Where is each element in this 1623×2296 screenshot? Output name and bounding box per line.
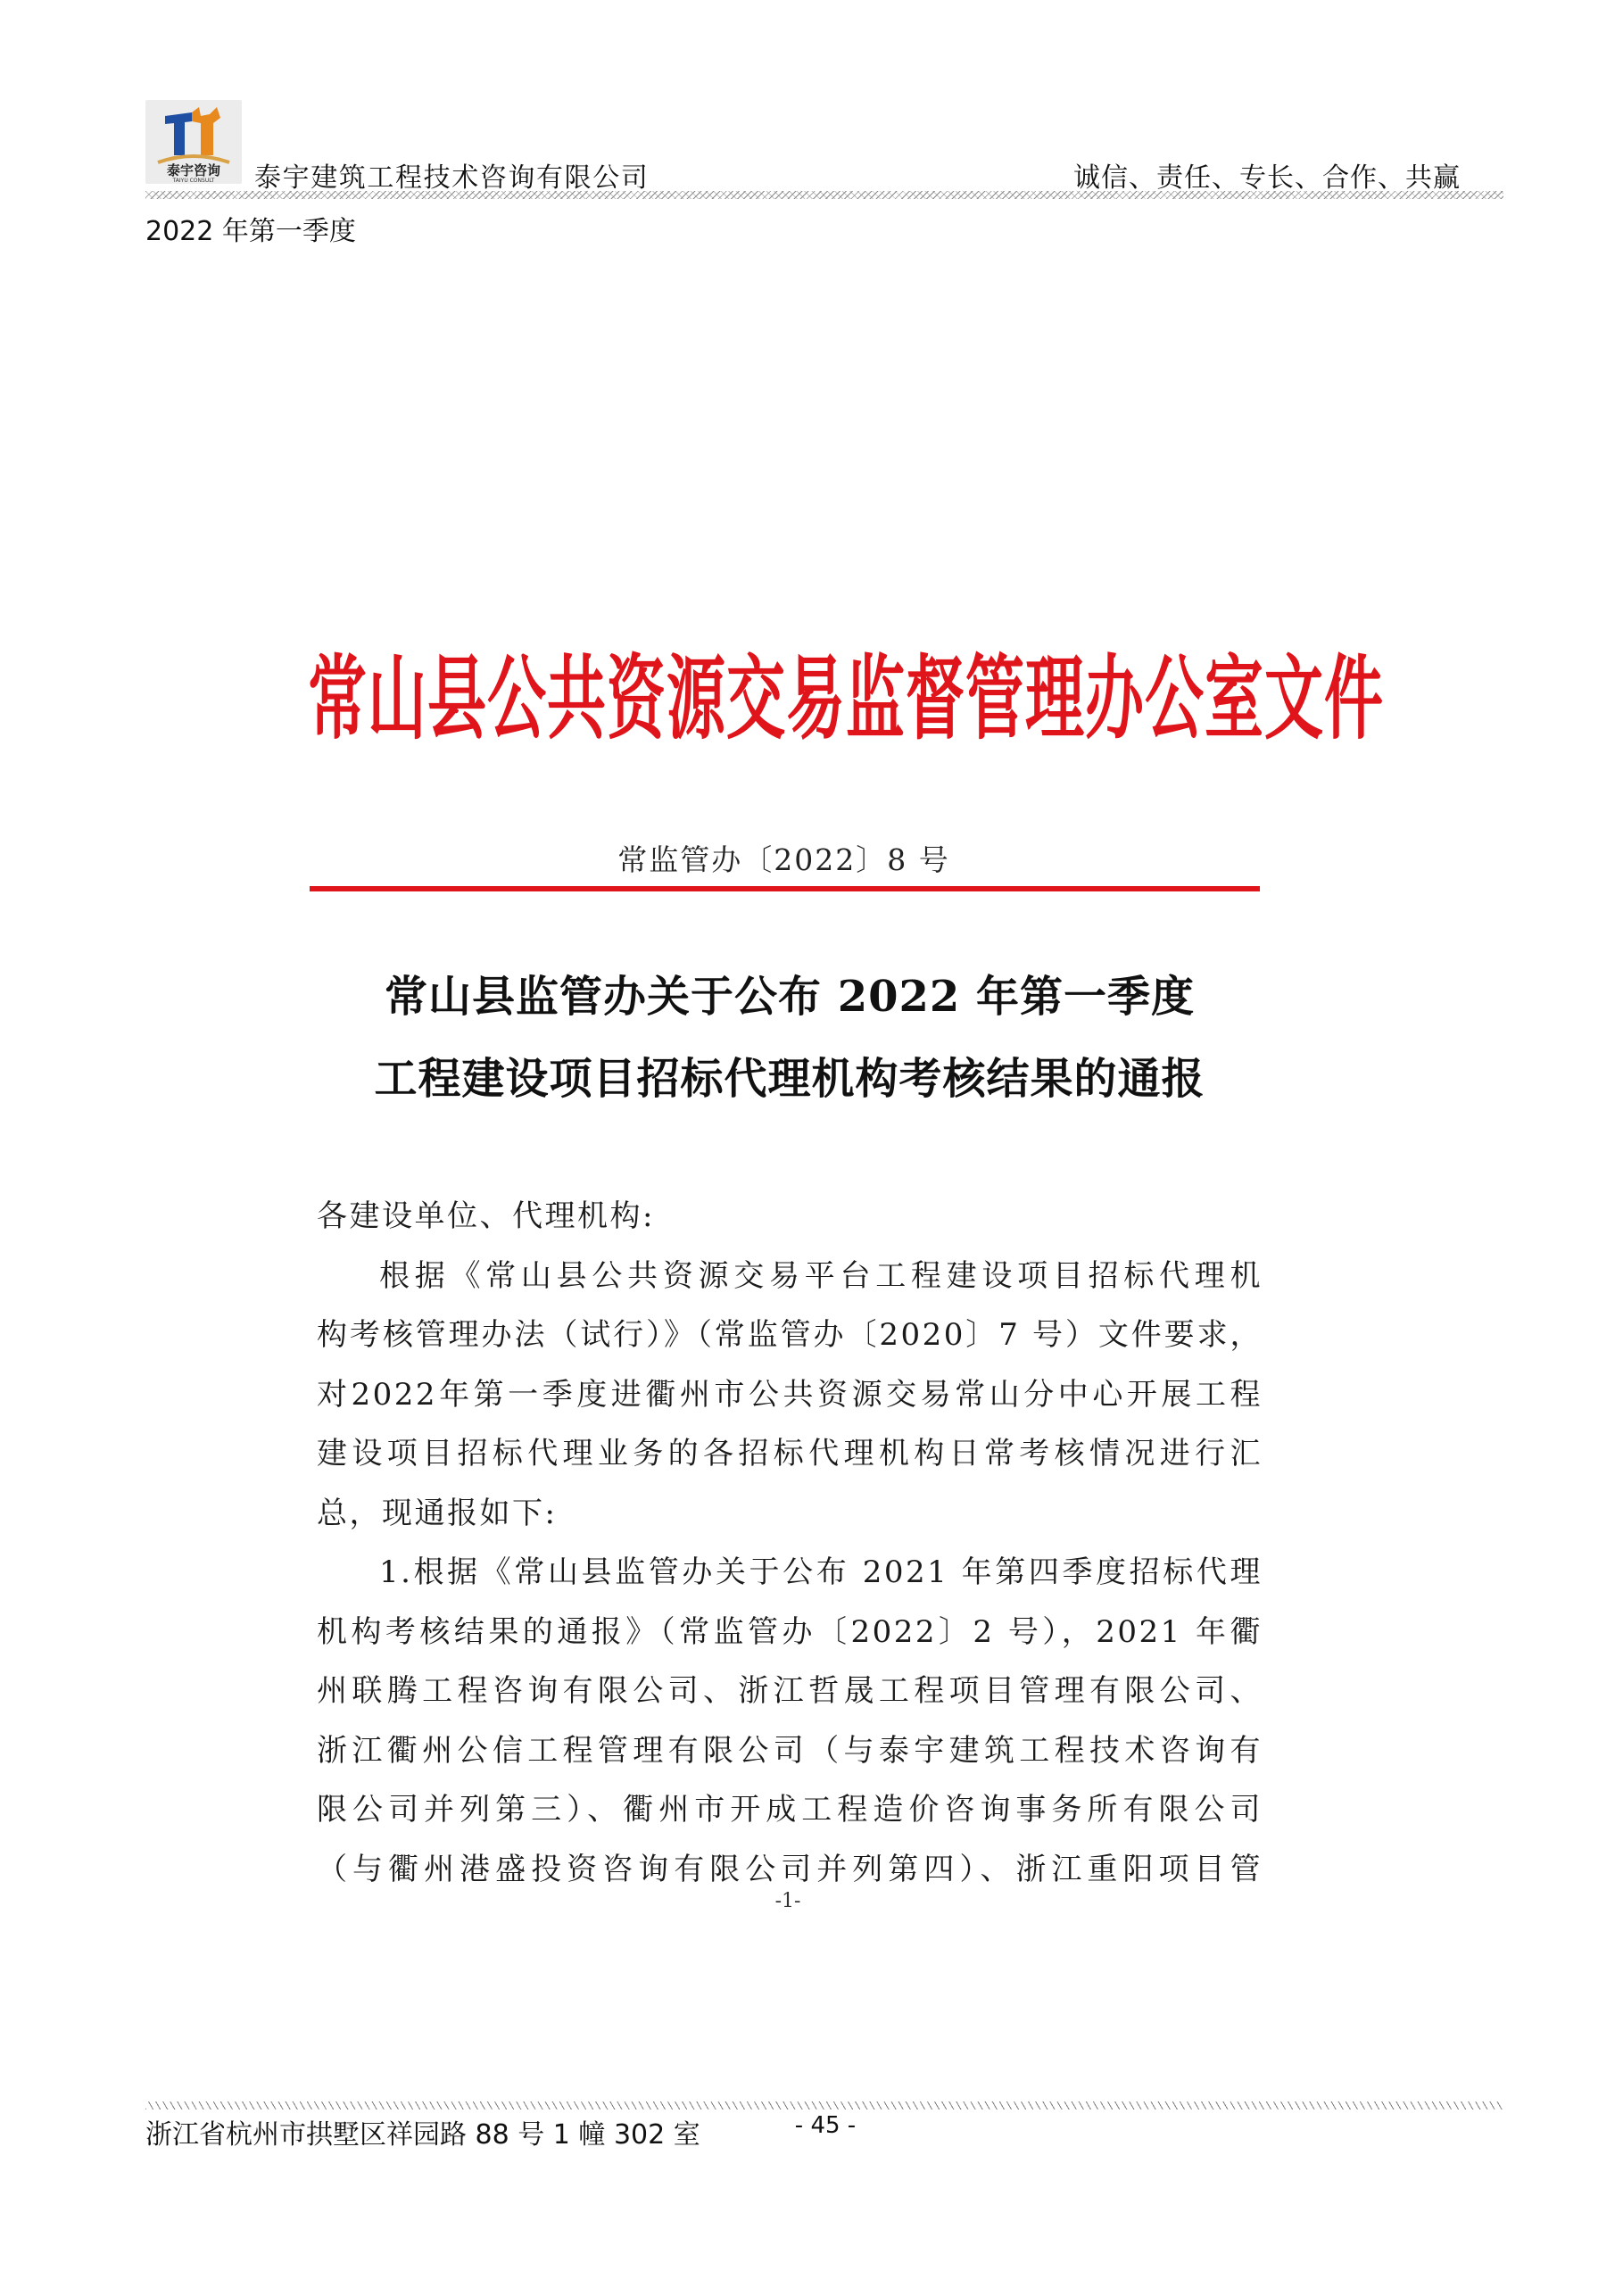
svg-text:TAIYU CONSULT: TAIYU CONSULT xyxy=(172,178,215,184)
svg-text:泰宇咨询: 泰宇咨询 xyxy=(167,162,220,178)
header-divider xyxy=(145,191,1503,199)
company-name: 泰宇建筑工程技术咨询有限公司 xyxy=(254,155,649,195)
inner-page-number: -1- xyxy=(699,1890,877,1912)
footer-divider xyxy=(145,2101,1503,2110)
body-line: 构考核管理办法（试行）》（常监管办〔2020〕7 号）文件要求， xyxy=(317,1305,1263,1365)
body-line: 州联腾工程咨询有限公司、浙江哲晟工程项目管理有限公司、 xyxy=(317,1662,1263,1721)
company-tagline: 诚信、责任、专长、合作、共赢 xyxy=(1073,155,1461,195)
body-line: 建设项目招标代理业务的各招标代理机构日常考核情况进行汇 xyxy=(317,1424,1263,1484)
document-number: 常监管办〔2022〕8 号 xyxy=(308,837,1260,879)
company-address: 浙江省杭州市拱墅区祥园路 88 号 1 幢 302 室 xyxy=(145,2112,700,2151)
document-masthead: 常山县公共资源交易监督管理办公室文件 xyxy=(308,625,1267,756)
taiyu-logo-icon: 泰宇咨询 TAIYU CONSULT xyxy=(145,100,242,184)
body-line: 根据《常山县公共资源交易平台工程建设项目招标代理机 xyxy=(317,1247,1263,1306)
body-line: 总，现通报如下: xyxy=(317,1484,1263,1544)
page-number: - 45 - xyxy=(767,2112,883,2139)
body-line: 对2022年第一季度进衢州市公共资源交易常山分中心开展工程 xyxy=(317,1365,1263,1425)
company-logo: 泰宇咨询 TAIYU CONSULT xyxy=(145,100,242,184)
salutation: 各建设单位、代理机构: xyxy=(317,1187,1263,1247)
body-line: 机构考核结果的通报》（常监管办〔2022〕2 号），2021 年衢 xyxy=(317,1603,1263,1662)
section-label: 2022 年第一季度 xyxy=(145,209,356,248)
masthead-red-rule xyxy=(310,886,1260,891)
body-line: 1.根据《常山县监管办关于公布 2021 年第四季度招标代理 xyxy=(317,1543,1263,1603)
document-title-line-2: 工程建设项目招标代理机构考核结果的通报 xyxy=(303,1044,1276,1106)
body-line: 浙江衢州公信工程管理有限公司（与泰宇建筑工程技术咨询有 xyxy=(317,1721,1263,1781)
document-title-line-1: 常山县监管办关于公布 2022 年第一季度 xyxy=(303,962,1276,1024)
body-line: 限公司并列第三）、衢州市开成工程造价咨询事务所有限公司 xyxy=(317,1780,1263,1840)
document-body: 各建设单位、代理机构: 根据《常山县公共资源交易平台工程建设项目招标代理机 构考… xyxy=(317,1187,1263,1899)
